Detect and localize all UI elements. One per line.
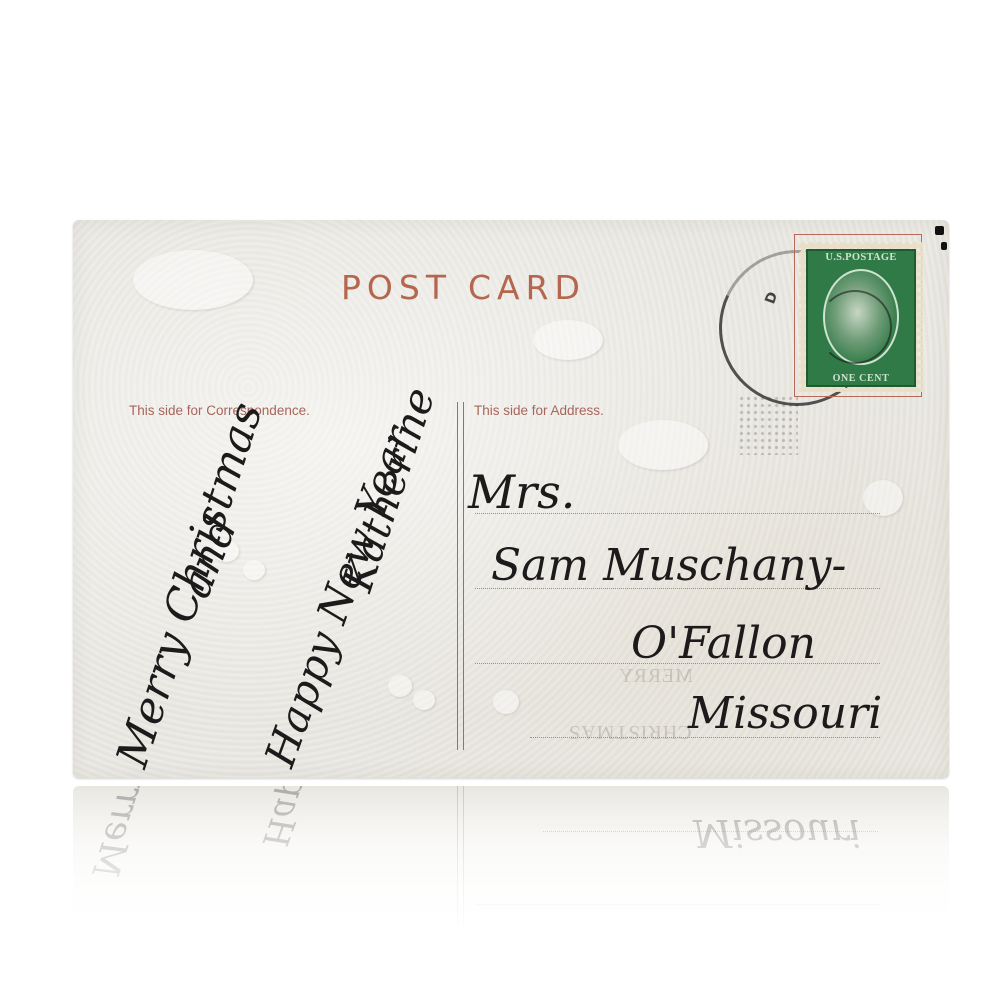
emboss-berry (243, 560, 265, 580)
handwriting-address-title: Mrs. (468, 465, 575, 519)
emboss-berry (863, 480, 903, 516)
reflection-fade (73, 786, 949, 936)
handwriting-address-name: Sam Muschany- (491, 540, 846, 591)
emboss-bell (618, 420, 708, 470)
emboss-berry (493, 690, 519, 714)
handwriting-and: and (169, 509, 247, 605)
embossed-text-christmas: CHRISTMAS (568, 720, 691, 743)
stamp-top-text: U.S.POSTAGE (806, 252, 916, 263)
postcard-back: POSTCARD This side for Correspondence. T… (73, 220, 949, 778)
cancel-mark-icon (818, 290, 892, 364)
emboss-bell (533, 320, 603, 360)
stamp-bottom-text: ONE CENT (806, 373, 916, 384)
emboss-leaf (133, 250, 253, 310)
ink-blot (941, 242, 947, 250)
emboss-berry (388, 675, 412, 697)
handwriting-address-state: Missouri (688, 688, 882, 739)
postcard-heading: POSTCARD (341, 268, 586, 307)
address-label: This side for Address. (474, 403, 604, 418)
handwriting-signature: Katherine (333, 382, 445, 597)
heading-word-post: POST (341, 268, 452, 307)
ink-blot (935, 226, 944, 235)
handwriting-address-city: O'Fallon (631, 618, 816, 669)
postcard-reflection: Missouri Merry Christmas Happy New Year (73, 786, 949, 936)
heading-word-card: CARD (468, 268, 586, 307)
center-divider (457, 402, 464, 750)
emboss-berry (413, 690, 435, 710)
postmark-smudge (738, 395, 798, 455)
